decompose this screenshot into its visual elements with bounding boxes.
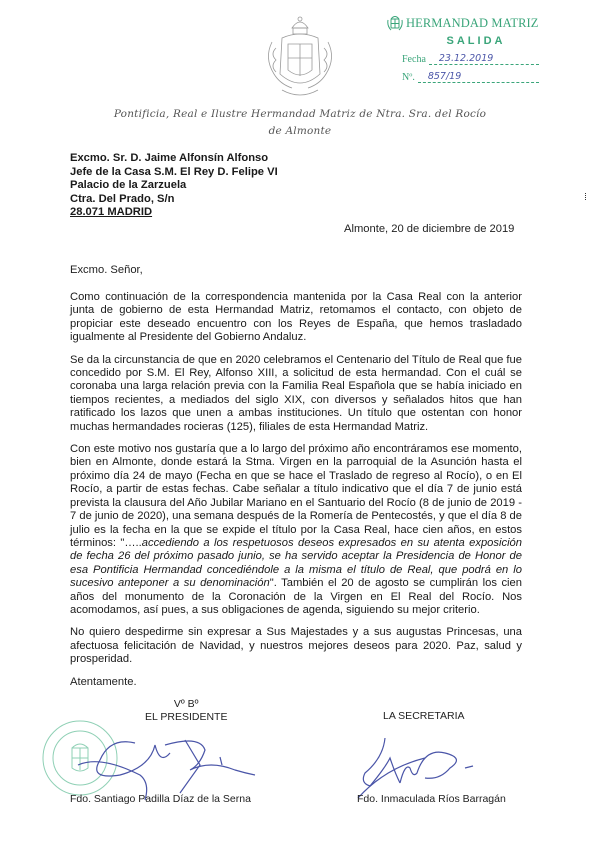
addressee-street: Ctra. Del Prado, S/n	[70, 193, 278, 207]
stamp-date-row: Fecha 23.12.2019	[387, 53, 547, 65]
paragraph-3-intro: Con este motivo nos gustaría que a lo la…	[70, 443, 522, 549]
seal-icon	[387, 14, 403, 32]
letter-date: Almonte, 20 de diciembre de 2019	[344, 223, 514, 235]
coat-of-arms-icon	[262, 14, 338, 100]
president-block: Vº Bº EL PRESIDENTE	[145, 698, 227, 724]
motto-line-2: de Almonte	[100, 123, 500, 140]
paragraph-3: Con este motivo nos gustaría que a lo la…	[70, 443, 522, 617]
stamp-date-label: Fecha	[402, 54, 426, 65]
letterhead-motto: Pontificia, Real e Ilustre Hermandad Mat…	[100, 106, 500, 140]
addressee-block: Excmo. Sr. D. Jaime Alfonsín Alfonso Jef…	[70, 152, 278, 220]
president-title: EL PRESIDENTE	[145, 711, 227, 724]
addressee-title: Jefe de la Casa S.M. El Rey D. Felipe VI	[70, 166, 278, 180]
stamp-number-label: Nº.	[402, 72, 415, 83]
addressee-name: Excmo. Sr. D. Jaime Alfonsín Alfonso	[70, 152, 278, 166]
stamp-number-row: Nº. 857/19	[387, 71, 547, 83]
stamp-brand: HERMANDAD MATRIZ	[406, 16, 539, 31]
secretary-title: LA SECRETARIA	[383, 710, 465, 722]
closing: Atentamente.	[70, 676, 137, 688]
addressee-place: Palacio de la Zarzuela	[70, 179, 278, 193]
paragraph-4: No quiero despedirme sin expresar a Sus …	[70, 626, 522, 666]
salutation: Excmo. Señor,	[70, 264, 143, 276]
paragraph-1: Como continuación de la correspondencia …	[70, 291, 522, 345]
secretary-signature	[355, 728, 485, 800]
stamp-type: SALIDA	[387, 35, 547, 47]
president-name: Fdo. Santiago Padilla Díaz de la Serna	[70, 793, 251, 805]
brotherhood-seal-icon	[40, 718, 120, 798]
motto-line-1: Pontificia, Real e Ilustre Hermandad Mat…	[100, 106, 500, 123]
stamp-date-value: 23.12.2019	[429, 53, 539, 65]
paragraph-2: Se da la circunstancia de que en 2020 ce…	[70, 354, 522, 434]
registry-stamp: HERMANDAD MATRIZ SALIDA Fecha 23.12.2019…	[387, 14, 547, 83]
visto-bueno: Vº Bº	[145, 698, 227, 711]
secretary-name: Fdo. Inmaculada Ríos Barragán	[357, 793, 506, 805]
letter-body: Como continuación de la correspondencia …	[70, 291, 522, 676]
margin-mark	[585, 193, 588, 200]
addressee-city: 28.071 MADRID	[70, 206, 278, 220]
stamp-number-value: 857/19	[418, 71, 539, 83]
